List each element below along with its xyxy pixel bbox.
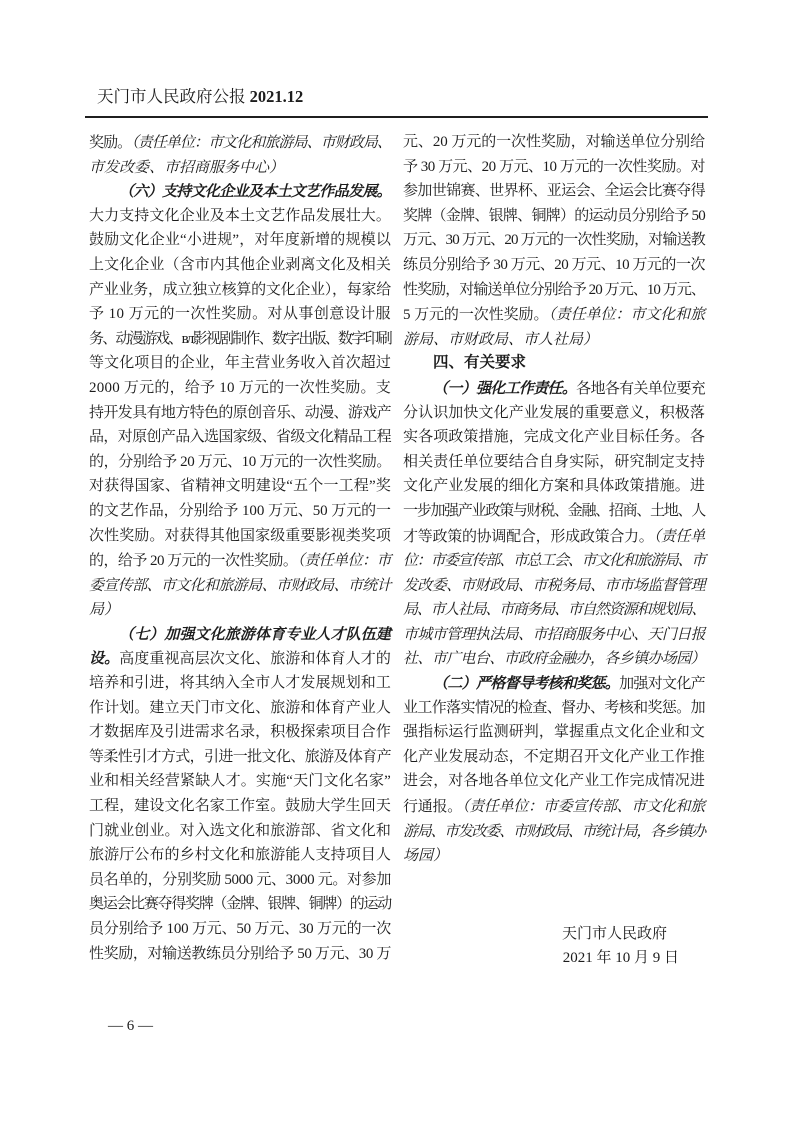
responsibility-unit-text: 社、市广电台、市政府金融办，各乡镇办场园） [403, 649, 705, 667]
text-line: 实各项政策措施，完成文化产业目标任务。各 [403, 425, 705, 450]
body-text: 各地各有关单位要充 [576, 381, 705, 397]
text-line: 游局、市财政局、市人社局） [403, 327, 705, 352]
text-line: 业和相关经营紧缺人才。实施“天门文化名家” [89, 769, 391, 794]
text-line: 进会，对各地各单位文化产业工作完成情况进 [403, 769, 705, 794]
body-text: 对获得国家、省精神文明建设“五个一工程”奖 [89, 478, 391, 494]
text-line: 的文艺作品，分别给予 100 万元、50 万元的一 [89, 499, 391, 524]
responsibility-unit-text: 局、市人社局、市商务局、市自然资源和规划局、 [403, 600, 705, 618]
text-line: 大力支持文化企业及本土文艺作品发展壮大。 [89, 204, 391, 229]
text-line: 门就业创业。对入选文化和旅游部、省文化和 [89, 819, 391, 844]
body-text: 强指标运行监测研判，掌握重点文化企业和文 [403, 724, 705, 740]
text-line: 奥运会比赛夺得奖牌（金牌、银牌、铜牌）的运动 [89, 892, 391, 917]
text-line: 予 30 万元、20 万元、10 万元的一次性奖励。对 [403, 155, 705, 180]
text-line: 工程，建设文化名家工作室。鼓励大学生回天 [89, 794, 391, 819]
text-line: 才数据库及引进需求名录，积极探索项目合作 [89, 720, 391, 745]
page-header: 天门市人民政府公报 2021.12 [85, 86, 708, 114]
body-text: 化产业发展动态，不定期召开文化产业工作推 [403, 749, 705, 765]
body-text: 才数据库及引进需求名录，积极探索项目合作 [89, 724, 391, 740]
body-text: 2000 万元的，给予 10 万元的一次性奖励。支 [89, 380, 391, 396]
responsibility-unit-text: （责任单 [654, 527, 705, 545]
left-column: 奖励。（责任单位：市文化和旅游局、市财政局、市发改委、市招商服务中心）（六）支持… [89, 130, 391, 966]
text-line: 局、市人社局、市商务局、市自然资源和规划局、 [403, 597, 705, 622]
text-line: 作计划。建立天门市文化、旅游和体育产业人 [89, 696, 391, 721]
text-line: 5 万元的一次性奖励。（责任单位：市文化和旅 [403, 302, 705, 327]
text-line: 上文化企业（含市内其他企业剥离文化及相关 [89, 253, 391, 278]
body-text: 员名单的，分别奖励 5000 元、3000 元。对参加 [89, 872, 391, 888]
text-line: 才等政策的协调配合，形成政策合力。（责任单 [403, 524, 705, 549]
gazette-issue: 2021.12 [250, 87, 304, 106]
body-text: 次性奖励。对获得其他国家级重要影视类奖项 [89, 528, 391, 544]
responsibility-unit-text: （责任单位：市文化和旅 [548, 305, 705, 323]
body-text: 奥运会比赛夺得奖牌（金牌、银牌、铜牌）的运动 [89, 896, 391, 912]
body-text: 文化产业发展的细化方案和具体政策措施。进 [403, 478, 705, 494]
text-line: 予 10 万元的一次性奖励。对从事创意设计服 [89, 302, 391, 327]
body-text: 员分别给予 100 万元、50 万元、30 万元的一次 [89, 921, 391, 937]
body-text: 性奖励，对输送教练员分别给予 50 万元、30 万 [89, 946, 391, 962]
text-line: 次性奖励。对获得其他国家级重要影视类奖项 [89, 524, 391, 549]
text-line: 员名单的，分别奖励 5000 元、3000 元。对参加 [89, 868, 391, 893]
right-column-lines: 元、20 万元的一次性奖励，对输送单位分别给予 30 万元、20 万元、10 万… [403, 130, 705, 868]
body-text: 的文艺作品，分别给予 100 万元、50 万元的一 [89, 503, 391, 519]
text-line: 的，给予 20 万元的一次性奖励。（责任单位：市 [89, 548, 391, 573]
text-line: 设。高度重视高层次文化、旅游和体育人才的 [89, 646, 391, 671]
text-line: 的，分别给予 20 万元、10 万元的一次性奖励。 [89, 450, 391, 475]
text-line: 奖励。（责任单位：市文化和旅游局、市财政局、 [89, 130, 391, 155]
page-number: — 6 — [108, 1016, 153, 1036]
text-line: 游局、市发改委、市财政局、市统计局，各乡镇办 [403, 819, 705, 844]
signature-block: 天门市人民政府 2021 年 10 月 9 日 [403, 922, 705, 971]
responsibility-unit-text: （责任单位：市文化和旅游局、市财政局、 [131, 133, 391, 151]
gazette-title: 天门市人民政府公报 [85, 87, 246, 106]
body-text: 培养和引进，将其纳入全市人才发展规划和工 [89, 675, 391, 691]
text-line: 产业业务，成立独立核算的文化企业），每家给 [89, 278, 391, 303]
text-line: （七）加强文化旅游体育专业人才队伍建 [89, 622, 391, 647]
text-line: 分认识加快文化产业发展的重要意义，积极落 [403, 401, 705, 426]
text-line: 培养和引进，将其纳入全市人才发展规划和工 [89, 671, 391, 696]
body-text: 予 30 万元、20 万元、10 万元的一次性奖励。对 [403, 159, 705, 175]
body-text: 予 10 万元的一次性奖励。对从事创意设计服 [89, 306, 391, 322]
section-heading-text: （六）支持文化企业及本土文艺作品发展。 [119, 182, 391, 200]
text-line: 文化产业发展的细化方案和具体政策措施。进 [403, 474, 705, 499]
responsibility-unit-text: 局） [89, 600, 119, 618]
text-line: 社、市广电台、市政府金融办，各乡镇办场园） [403, 646, 705, 671]
text-line: 委宣传部、市文化和旅游局、市财政局、市统计 [89, 573, 391, 598]
text-line: 万元、30 万元、20 万元的一次性奖励，对输送教 [403, 228, 705, 253]
text-line: 市城市管理执法局、市招商服务中心、天门日报 [403, 622, 705, 647]
text-line: 市发改委、市招商服务中心） [89, 155, 391, 180]
text-line: 业工作落实情况的检查、督办、考核和奖惩。加 [403, 696, 705, 721]
body-text: 进会，对各地各单位文化产业工作完成情况进 [403, 773, 705, 789]
text-line: 一步加强产业政策与财税、金融、招商、土地、人 [403, 499, 705, 524]
gazette-page: 天门市人民政府公报 2021.12 奖励。（责任单位：市文化和旅游局、市财政局、… [0, 0, 793, 1121]
body-text: 等文化项目的企业，年主营业务收入首次超过 [89, 355, 391, 371]
body-text: 加强对文化产 [619, 676, 705, 692]
major-heading-text: 四、有关要求 [433, 354, 526, 371]
body-text: 务、动漫游戏、вл影视剧制作、数字出版、数字印刷 [89, 331, 391, 347]
text-line: 品，对原创产品入选国家级、省级文化精品工程 [89, 425, 391, 450]
body-text: 的，给予 20 万元的一次性奖励。 [89, 553, 297, 569]
body-text: 业工作落实情况的检查、督办、考核和奖惩。加 [403, 700, 705, 716]
body-text: 产业业务，成立独立核算的文化企业），每家给 [89, 282, 391, 298]
section-heading-text: 设。 [89, 649, 119, 667]
signature-org: 天门市人民政府 [403, 922, 705, 947]
body-text: 奖牌（金牌、银牌、铜牌）的运动员分别给予 50 [403, 208, 705, 224]
text-line: 等文化项目的企业，年主营业务收入首次超过 [89, 351, 391, 376]
text-line: 性奖励，对输送教练员分别给予 50 万元、30 万 [89, 942, 391, 967]
header-rule [85, 116, 708, 118]
responsibility-unit-text: 委宣传部、市文化和旅游局、市财政局、市统计 [89, 576, 391, 594]
text-line: 务、动漫游戏、вл影视剧制作、数字出版、数字印刷 [89, 327, 391, 352]
text-line: 参加世锦赛、世界杯、亚运会、全运会比赛夺得 [403, 179, 705, 204]
text-line: 场园） [403, 843, 705, 868]
text-line: 鼓励文化企业“小进规”，对年度新增的规模以 [89, 228, 391, 253]
right-column: 元、20 万元的一次性奖励，对输送单位分别给予 30 万元、20 万元、10 万… [403, 130, 705, 971]
responsibility-unit-text: （责任单位：市 [297, 551, 391, 569]
text-line: （二）严格督导考核和奖惩。加强对文化产 [403, 671, 705, 696]
responsibility-unit-text: 市城市管理执法局、市招商服务中心、天门日报 [403, 625, 705, 643]
text-line: 员分别给予 100 万元、50 万元、30 万元的一次 [89, 917, 391, 942]
body-text: 万元、30 万元、20 万元的一次性奖励，对输送教 [403, 232, 705, 248]
body-text: 元、20 万元的一次性奖励，对输送单位分别给 [403, 134, 705, 150]
signature-date: 2021 年 10 月 9 日 [403, 946, 705, 971]
body-text: 业和相关经营紧缺人才。实施“天门文化名家” [89, 773, 391, 789]
section-heading-text: （七）加强文化旅游体育专业人才队伍建 [119, 625, 391, 643]
body-text: 大力支持文化企业及本土文艺作品发展壮大。 [89, 208, 391, 224]
text-line: 位：市委宣传部、市总工会、市文化和旅游局、市 [403, 548, 705, 573]
text-line: （六）支持文化企业及本土文艺作品发展。 [89, 179, 391, 204]
text-line: 练员分别给予 30 万元、20 万元、10 万元的一次 [403, 253, 705, 278]
text-line: 行通报。（责任单位：市委宣传部、市文化和旅 [403, 794, 705, 819]
text-line: 等柔性引才方式，引进一批文化、旅游及体育产 [89, 745, 391, 770]
body-text: 作计划。建立天门市文化、旅游和体育产业人 [89, 700, 391, 716]
body-text: 实各项政策措施，完成文化产业目标任务。各 [403, 429, 705, 445]
text-line: 强指标运行监测研判，掌握重点文化企业和文 [403, 720, 705, 745]
body-text: 上文化企业（含市内其他企业剥离文化及相关 [89, 257, 391, 273]
body-text: 才等政策的协调配合，形成政策合力。 [403, 529, 654, 545]
body-text: 品，对原创产品入选国家级、省级文化精品工程 [89, 429, 391, 445]
body-text: 高度重视高层次文化、旅游和体育人才的 [119, 651, 391, 667]
body-text: 工程，建设文化名家工作室。鼓励大学生回天 [89, 798, 391, 814]
responsibility-unit-text: 场园） [403, 846, 448, 864]
text-line: 旅游厅公布的乡村文化和旅游能人支持项目人 [89, 843, 391, 868]
responsibility-unit-text: 游局、市发改委、市财政局、市统计局，各乡镇办 [403, 822, 705, 840]
text-line: 化产业发展动态，不定期召开文化产业工作推 [403, 745, 705, 770]
text-line: （一）强化工作责任。各地各有关单位要充 [403, 376, 705, 401]
responsibility-unit-text: 位：市委宣传部、市总工会、市文化和旅游局、市 [403, 551, 705, 569]
text-line: 局） [89, 597, 391, 622]
body-text: 练员分别给予 30 万元、20 万元、10 万元的一次 [403, 257, 705, 273]
responsibility-unit-text: 发改委、市财政局、市税务局、市市场监督管理 [403, 576, 705, 594]
body-text: 行通报。 [403, 799, 462, 815]
body-text: 奖励。 [89, 135, 131, 151]
body-text: 等柔性引才方式，引进一批文化、旅游及体育产 [89, 749, 391, 765]
text-line: 2000 万元的，给予 10 万元的一次性奖励。支 [89, 376, 391, 401]
body-text: 旅游厅公布的乡村文化和旅游能人支持项目人 [89, 847, 391, 863]
section-heading-text: （一）强化工作责任。 [433, 379, 576, 397]
text-line: 奖牌（金牌、银牌、铜牌）的运动员分别给予 50 [403, 204, 705, 229]
body-text: 参加世锦赛、世界杯、亚运会、全运会比赛夺得 [403, 183, 705, 199]
body-text: 门就业创业。对入选文化和旅游部、省文化和 [89, 823, 391, 839]
body-text: 性奖励，对输送单位分别给予 20 万元、10 万元、 [403, 282, 705, 298]
responsibility-unit-text: （责任单位：市委宣传部、市文化和旅 [462, 797, 705, 815]
body-text: 分认识加快文化产业发展的重要意义，积极落 [403, 405, 705, 421]
text-line: 对获得国家、省精神文明建设“五个一工程”奖 [89, 474, 391, 499]
text-line: 相关责任单位要结合自身实际，研究制定支持 [403, 450, 705, 475]
body-text: 一步加强产业政策与财税、金融、招商、土地、人 [403, 503, 705, 519]
text-line: 性奖励，对输送单位分别给予 20 万元、10 万元、 [403, 278, 705, 303]
section-heading-text: （二）严格督导考核和奖惩。 [433, 674, 619, 692]
body-text: 5 万元的一次性奖励。 [403, 307, 548, 323]
text-line: 持开发具有地方特色的原创音乐、动漫、游戏产 [89, 401, 391, 426]
text-line: 四、有关要求 [403, 351, 705, 376]
body-text: 鼓励文化企业“小进规”，对年度新增的规模以 [89, 232, 391, 248]
responsibility-unit-text: 游局、市财政局、市人社局） [403, 330, 598, 348]
body-text: 相关责任单位要结合自身实际，研究制定支持 [403, 454, 705, 470]
body-text: 的，分别给予 20 万元、10 万元的一次性奖励。 [89, 454, 391, 470]
responsibility-unit-text: 市发改委、市招商服务中心） [89, 158, 284, 176]
text-line: 发改委、市财政局、市税务局、市市场监督管理 [403, 573, 705, 598]
body-text: 持开发具有地方特色的原创音乐、动漫、游戏产 [89, 405, 391, 421]
text-line: 元、20 万元的一次性奖励，对输送单位分别给 [403, 130, 705, 155]
